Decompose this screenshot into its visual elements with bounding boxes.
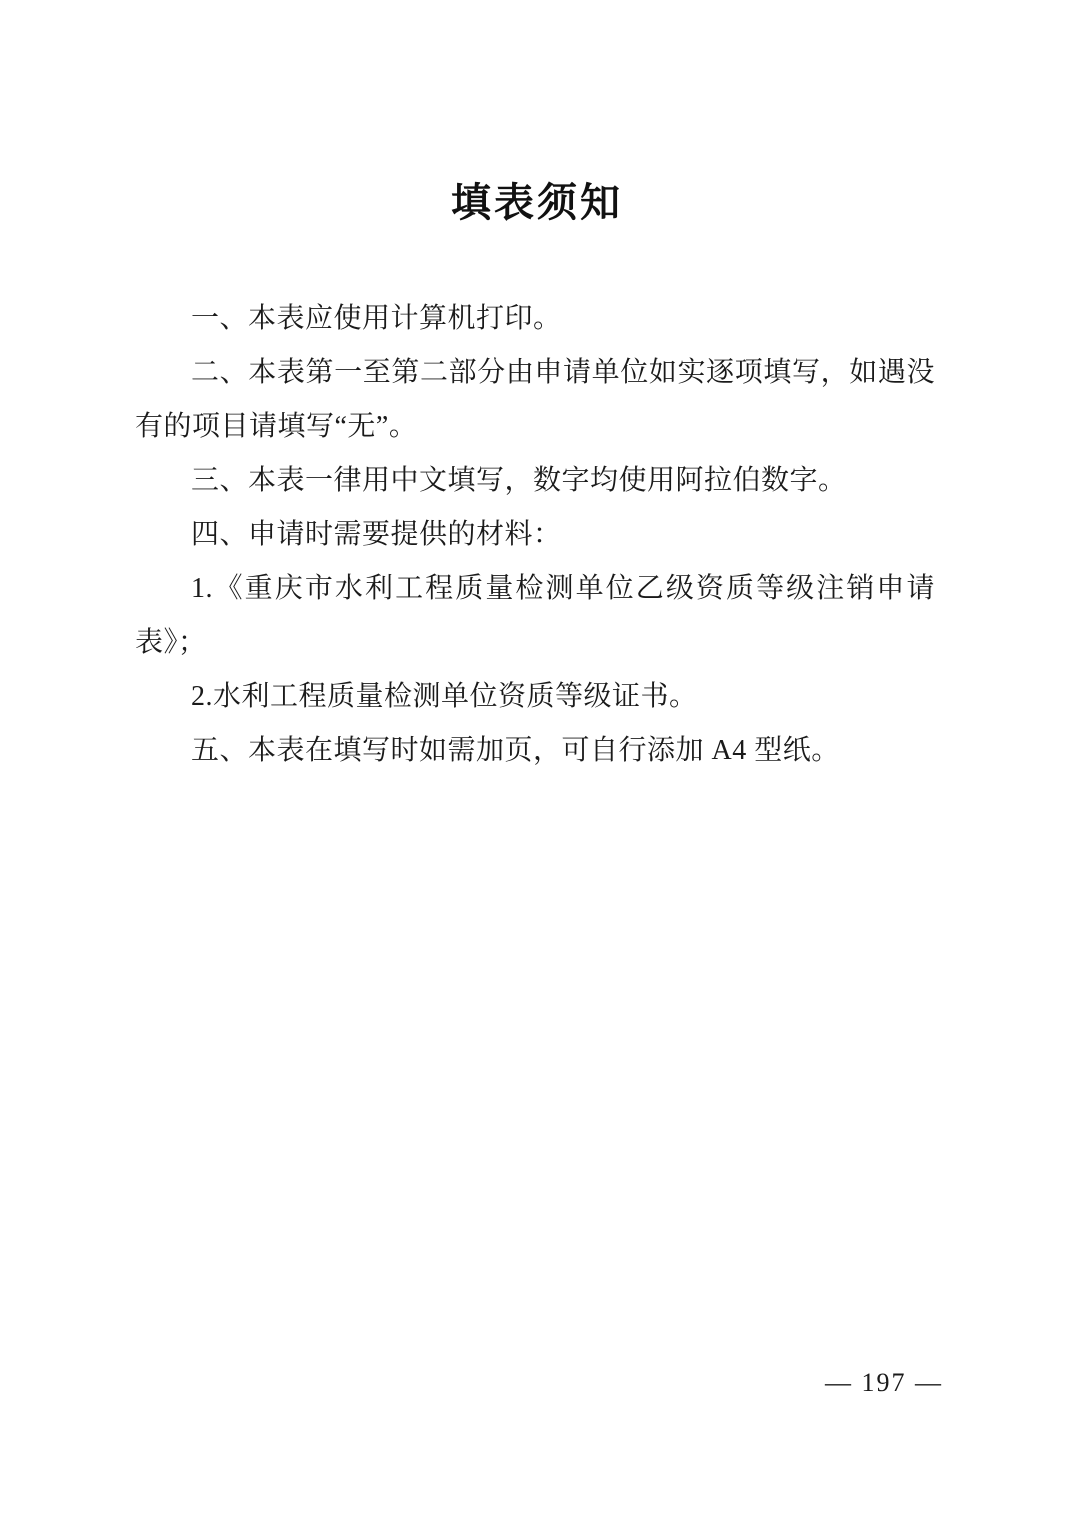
notice-paragraph-5: 1.《重庆市水利工程质量检测单位乙级资质等级注销申请表》； (135, 562, 935, 670)
notice-paragraph-6: 2.水利工程质量检测单位资质等级证书。 (135, 670, 935, 724)
notice-paragraph-3: 三、本表一律用中文填写，数字均使用阿拉伯数字。 (135, 454, 935, 508)
notice-paragraph-1: 一、本表应使用计算机打印。 (135, 292, 935, 346)
notice-body: 一、本表应使用计算机打印。 二、本表第一至第二部分由申请单位如实逐项填写，如遇没… (135, 292, 935, 778)
notice-paragraph-7: 五、本表在填写时如需加页，可自行添加 A4 型纸。 (135, 724, 935, 778)
notice-paragraph-4: 四、申请时需要提供的材料： (135, 508, 935, 562)
document-page: 填表须知 一、本表应使用计算机打印。 二、本表第一至第二部分由申请单位如实逐项填… (0, 0, 1074, 1520)
page-title: 填表须知 (0, 0, 1074, 228)
notice-paragraph-2: 二、本表第一至第二部分由申请单位如实逐项填写，如遇没有的项目请填写“无”。 (135, 346, 935, 454)
page-number: — 197 — (825, 1368, 943, 1398)
